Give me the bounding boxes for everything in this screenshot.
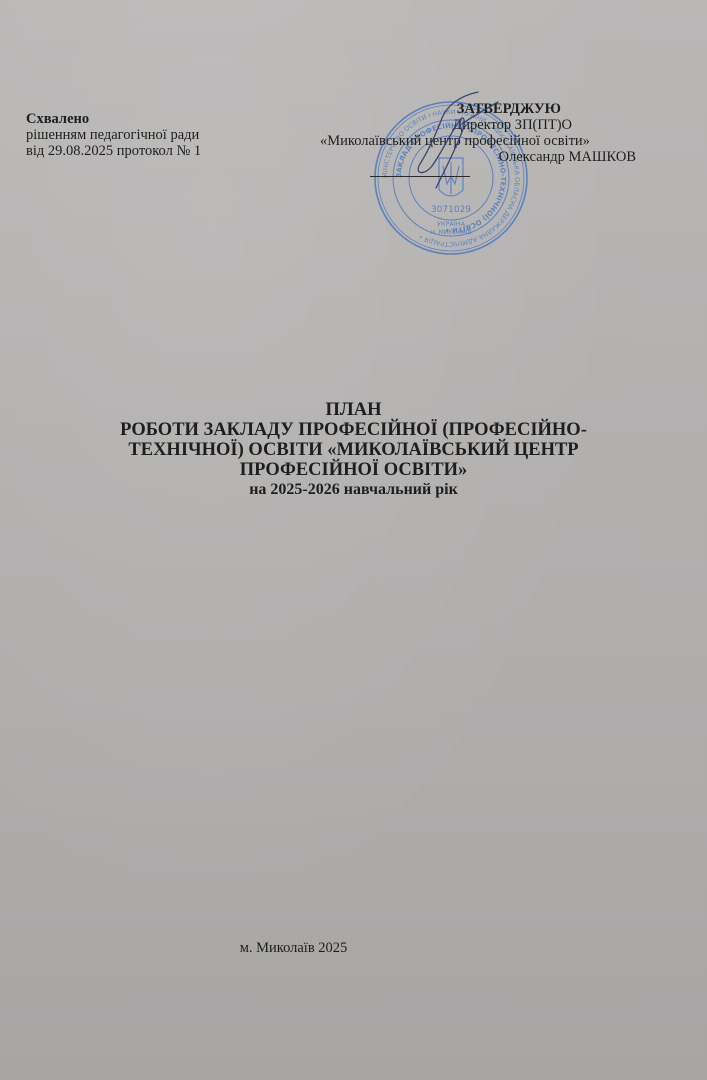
title-line-2: РОБОТИ ЗАКЛАДУ ПРОФЕСІЙНОЇ (ПРОФЕСІЙНО- — [0, 420, 707, 440]
document-title: ПЛАН РОБОТИ ЗАКЛАДУ ПРОФЕСІЙНОЇ (ПРОФЕСІ… — [0, 400, 707, 500]
svg-text:УКРАЇНА: УКРАЇНА — [437, 219, 466, 228]
title-line-3: ТЕХНІЧНОЇ) ОСВІТИ «МИКОЛАЇВСЬКИЙ ЦЕНТР — [0, 440, 707, 460]
title-line-1: ПЛАН — [0, 400, 707, 420]
approval-line-1: рішенням педагогічної ради — [26, 127, 201, 143]
approval-block: Схвалено рішенням педагогічної ради від … — [26, 111, 201, 159]
approval-line-2: від 29.08.2025 протокол № 1 — [26, 143, 201, 159]
handwritten-signature-icon — [400, 88, 520, 208]
city-year-text: м. Миколаїв 2025 — [240, 940, 348, 956]
title-line-4: ПРОФЕСІЙНОЇ ОСВІТИ» — [0, 460, 707, 480]
city-year-footer: м. Миколаїв 2025 — [0, 940, 707, 957]
academic-year-subtitle: на 2025-2026 навчальний рік — [0, 480, 707, 500]
svg-text:м. МИКОЛАЇВ: м. МИКОЛАЇВ — [430, 229, 472, 236]
approval-title: Схвалено — [26, 111, 201, 127]
